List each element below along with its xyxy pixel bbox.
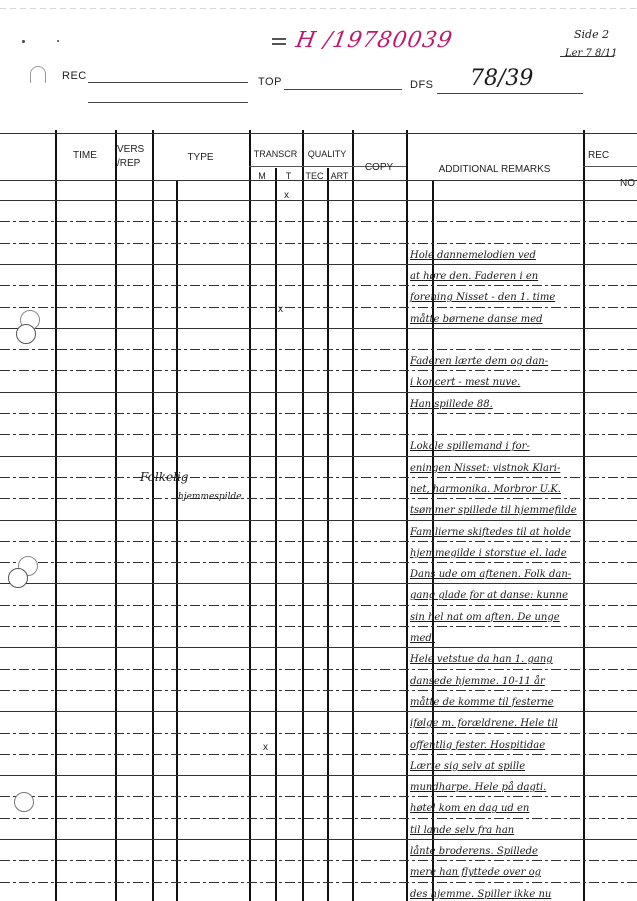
header-quality-tec: TEC xyxy=(302,170,327,182)
remark-line: net, harmonika. Morbror U.K. xyxy=(410,479,561,500)
col-divider xyxy=(55,130,57,901)
remark-line: tsømmer spillede til hjemmefilde xyxy=(410,500,577,521)
scan-edge xyxy=(0,8,637,9)
header-quality-art: ART xyxy=(327,170,352,182)
col-divider xyxy=(152,130,154,901)
table-row-rule xyxy=(0,818,637,819)
col-divider xyxy=(327,168,329,901)
dash-mark xyxy=(272,43,286,45)
remark-line: Han spillede 88. xyxy=(410,394,493,415)
remark-line: hjemmegilde i storstue el. lade xyxy=(410,543,567,564)
remark-line: at høre den. Faderen i en xyxy=(410,266,538,287)
dfs-field[interactable] xyxy=(437,93,583,94)
transcr-t-mark: x xyxy=(278,304,283,315)
header-rep: /REP xyxy=(117,158,151,170)
remark-line: mere han flyttede over og xyxy=(410,862,541,883)
remark-line: forening Nisset - den 1. time xyxy=(410,287,555,308)
dfs-label: DFS xyxy=(410,79,434,91)
col-divider xyxy=(583,130,585,901)
rec-label: REC xyxy=(62,70,87,82)
page-note: Side 2 xyxy=(574,28,609,41)
remark-line: måtte de komme til festerne xyxy=(410,692,554,713)
remark-line: mundharpe. Hele på dagti. xyxy=(410,777,546,798)
table-row-rule xyxy=(0,200,637,201)
top-field[interactable] xyxy=(284,89,402,90)
type-entry-line1: Folkelig xyxy=(140,470,188,484)
transcr-m-mark: x xyxy=(263,742,268,753)
header-rec: REC xyxy=(588,150,628,162)
remark-line: offentlig fester. Hospitidae xyxy=(410,735,545,756)
recording-log-table: TIME VERS /REP TYPE TRANSCR M T QUALITY … xyxy=(0,130,637,901)
table-row-rule xyxy=(0,349,637,350)
table-row-rule xyxy=(0,264,637,265)
remark-line: gang glade for at danse: kunne xyxy=(410,585,568,606)
header-time: TIME xyxy=(55,150,115,162)
header-rec-no: NO xyxy=(595,178,635,190)
remark-line: eningen Nisset: vistnok Klari- xyxy=(410,458,560,479)
remark-line: med. xyxy=(410,628,435,649)
remark-line: Lokale spillemand i for- xyxy=(410,436,530,457)
remark-line: ifølge m. forældrene. Hele til xyxy=(410,713,558,734)
punch-hole xyxy=(14,792,34,812)
remark-line: Lærte sig selv at spille xyxy=(410,756,525,777)
table-row-rule xyxy=(0,285,637,286)
table-row-rule xyxy=(0,243,637,244)
col-divider xyxy=(115,130,117,901)
struck-note: Ler 7 8/11 xyxy=(565,48,618,59)
table-row-rule xyxy=(0,413,637,414)
table-row-rule xyxy=(0,392,637,393)
header-top-border xyxy=(0,133,637,134)
scan-speck xyxy=(22,40,25,43)
table-row-rule xyxy=(0,860,637,861)
header-vers: VERS xyxy=(117,144,151,156)
header-transcr-m: M xyxy=(249,170,275,182)
table-row-rule xyxy=(0,434,637,435)
strike-line xyxy=(560,56,614,57)
dash-mark xyxy=(272,38,286,40)
transcr-t-mark: x xyxy=(284,190,289,201)
scan-speck xyxy=(57,40,59,42)
col-divider xyxy=(406,130,408,901)
remark-line: des hjemme. Spiller ikke nu xyxy=(410,884,551,901)
top-label: TOP xyxy=(258,76,282,88)
rec-subheader-divider xyxy=(583,166,637,167)
archive-id: H /19780039 xyxy=(294,28,455,53)
header-transcr: TRANSCR xyxy=(249,148,302,160)
punch-hole xyxy=(16,324,36,344)
table-row-rule xyxy=(0,882,637,883)
remark-line: sin hel nat om aften. De unge xyxy=(410,607,560,628)
table-row-rule xyxy=(0,839,637,840)
table-row-rule xyxy=(0,775,637,776)
type-entry-line2: hjemmespilde xyxy=(178,492,242,502)
remark-line: Faderen lærte dem og dan- xyxy=(410,351,548,372)
remark-line: til lande selv fra han xyxy=(410,820,514,841)
col-divider xyxy=(249,130,251,901)
remark-line: Dans ude om aftenen. Folk dan- xyxy=(410,564,571,585)
rec-field-line2[interactable] xyxy=(88,102,248,103)
remark-line: i koncert - mest nuve. xyxy=(410,372,520,393)
header-type: TYPE xyxy=(152,152,249,164)
table-row-rule xyxy=(0,221,637,222)
remark-line: Hole dannemelodien ved xyxy=(410,245,536,266)
header-additional-remarks: ADDITIONAL REMARKS xyxy=(406,164,583,176)
remark-line: lånte broderens. Spillede xyxy=(410,841,538,862)
dfs-value: 78/39 xyxy=(470,66,533,91)
table-row-rule xyxy=(0,647,637,648)
rec-field[interactable] xyxy=(88,82,248,83)
col-divider xyxy=(275,168,277,901)
remark-line: dansede hjemme. 10-11 år xyxy=(410,671,545,692)
remark-line: Familierne skiftedes til at holde xyxy=(410,522,571,543)
remark-line: måtte børnene danse med xyxy=(410,309,543,330)
remark-line: høtel kom en dag ud en xyxy=(410,798,529,819)
header-quality: QUALITY xyxy=(302,148,352,160)
punch-hole-top xyxy=(30,66,46,83)
col-divider xyxy=(302,130,304,901)
punch-hole xyxy=(8,568,28,588)
header-copy: COPY xyxy=(352,162,406,174)
remark-line: Hele vetstue da han 1. gang xyxy=(410,649,553,670)
table-row-rule xyxy=(0,456,637,457)
col-divider xyxy=(352,130,354,901)
header-transcr-t: T xyxy=(275,170,302,182)
